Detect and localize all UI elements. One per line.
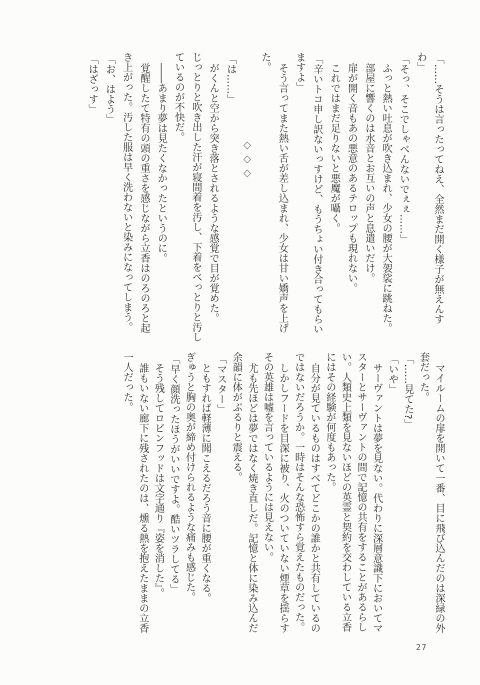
text-block-scene-myroom: マイルームの扉を開いて一番、目に飛び込んだのは深緑の外套だった。「……見てた?」… <box>119 352 446 620</box>
text-column: そう言ってまた熱い舌が差し込まれ、少女は甘い嬌声を上げ <box>273 52 290 326</box>
text-column: にはその経験が何度もあった。 <box>321 352 337 620</box>
text-column: ――あまり夢は見たくなかったというのに。 <box>152 52 169 326</box>
text-column: そう残してロビンフッドは文字通り『姿を消した』。 <box>150 352 166 620</box>
book-page: 「……そうは言ったってねえ、全然まだ開く様子が無えんすわ」「そっ、そこでしゃべん… <box>0 0 480 685</box>
text-column: 「……見てた?」 <box>399 352 415 620</box>
text-column: 自分が見ているものはすべてどこかの誰かと共有しているの <box>306 352 322 620</box>
text-column: これではまだ足りないと悪魔が囁く。 <box>325 52 342 326</box>
text-column: その英雄は嘘を言っているようには見えない。 <box>259 352 275 620</box>
text-column: 「辛いトコ申し訳ないっすけど、もうちょい付き合ってもらい <box>308 52 325 326</box>
text-column: ぎゅうと胸の奥が締め付けられるような痛みも感じた。 <box>181 352 197 620</box>
text-column: 覚醒したて特有の頭の重さを感じながら立香はのろのろと起 <box>135 52 152 326</box>
text-column: た。 <box>256 52 273 326</box>
text-column: 「……そうは言ったってねえ、全然まだ開く様子が無えんす <box>429 52 446 326</box>
text-column: 尤も先ほどは夢ではなく焼き直しだ。記憶と体に染み込んだ <box>243 352 259 620</box>
text-column: ているのが不快だ。 <box>169 52 186 326</box>
text-column: 部屋に響くのは水音とお互いの声と息遣いだけ。 <box>360 52 377 326</box>
text-column: 套だった。 <box>415 352 431 620</box>
text-column: 扉が開く音もあの悪意のあるテロップも現れない。 <box>342 52 359 326</box>
text-column: サーヴァントは夢を見ない。代わりに深層意識下においてマ <box>368 352 384 620</box>
text-column: 「いや」 <box>384 352 400 620</box>
text-column: わ」 <box>411 52 428 326</box>
text-column: ふっと熱い吐息が吹き込まれ、少女の腰が大袈裟に跳ねた。 <box>377 52 394 326</box>
text-column: マイルームの扉を開いて一番、目に飛び込んだのは深緑の外 <box>430 352 446 620</box>
text-column: い。人類史上類を見ないほどの英霊と契約を交わしている立香 <box>337 352 353 620</box>
text-column: 「そっ、そこでしゃべんないでぇぇ……」 <box>394 52 411 326</box>
text-column: ではないだろうか。一時はそんな恐怖すら覚えたものだった。 <box>290 352 306 620</box>
page-number: 27 <box>416 643 427 652</box>
scene-separator: ◇◇◇ <box>238 52 255 326</box>
text-column: 誰もいない廊下に残されたのは、燻る熱を抱えたままの立香 <box>134 352 150 620</box>
text-column: しかしフードを目深に被り、火のついていない煙草を揺らす <box>274 352 290 620</box>
text-column: スターとサーヴァントの間で記憶の共有をすることがあるらし <box>352 352 368 620</box>
text-column: 「は……」 <box>221 52 238 326</box>
text-column: 「早く顔洗ったほうがいいですよ。酷いツラしてる」 <box>165 352 181 620</box>
text-column: がくんと空から突き落とされるような感覚で目が覚めた。 <box>204 52 221 326</box>
text-column: ともすれば軽薄に聞こえるだろう音に腰が重くなる。 <box>197 352 213 620</box>
text-column: 「マスター」 <box>212 352 228 620</box>
text-column: 「はざっす」 <box>83 52 100 326</box>
text-column: き上がった。汚した服は早く洗わないと染みになってしまう。 <box>117 52 134 326</box>
text-column: 一人だった。 <box>119 352 135 620</box>
text-block-scene-dream: 「……そうは言ったってねえ、全然まだ開く様子が無えんすわ」「そっ、そこでしゃべん… <box>83 52 446 326</box>
text-column: ますよ」 <box>290 52 307 326</box>
text-column: 「お、はよう」 <box>100 52 117 326</box>
text-column: じっとりと吹き出した汗が寝間着を汚し、下着をべっとりと汚し <box>187 52 204 326</box>
text-column: 余韻に体がぶるりと震える。 <box>228 352 244 620</box>
